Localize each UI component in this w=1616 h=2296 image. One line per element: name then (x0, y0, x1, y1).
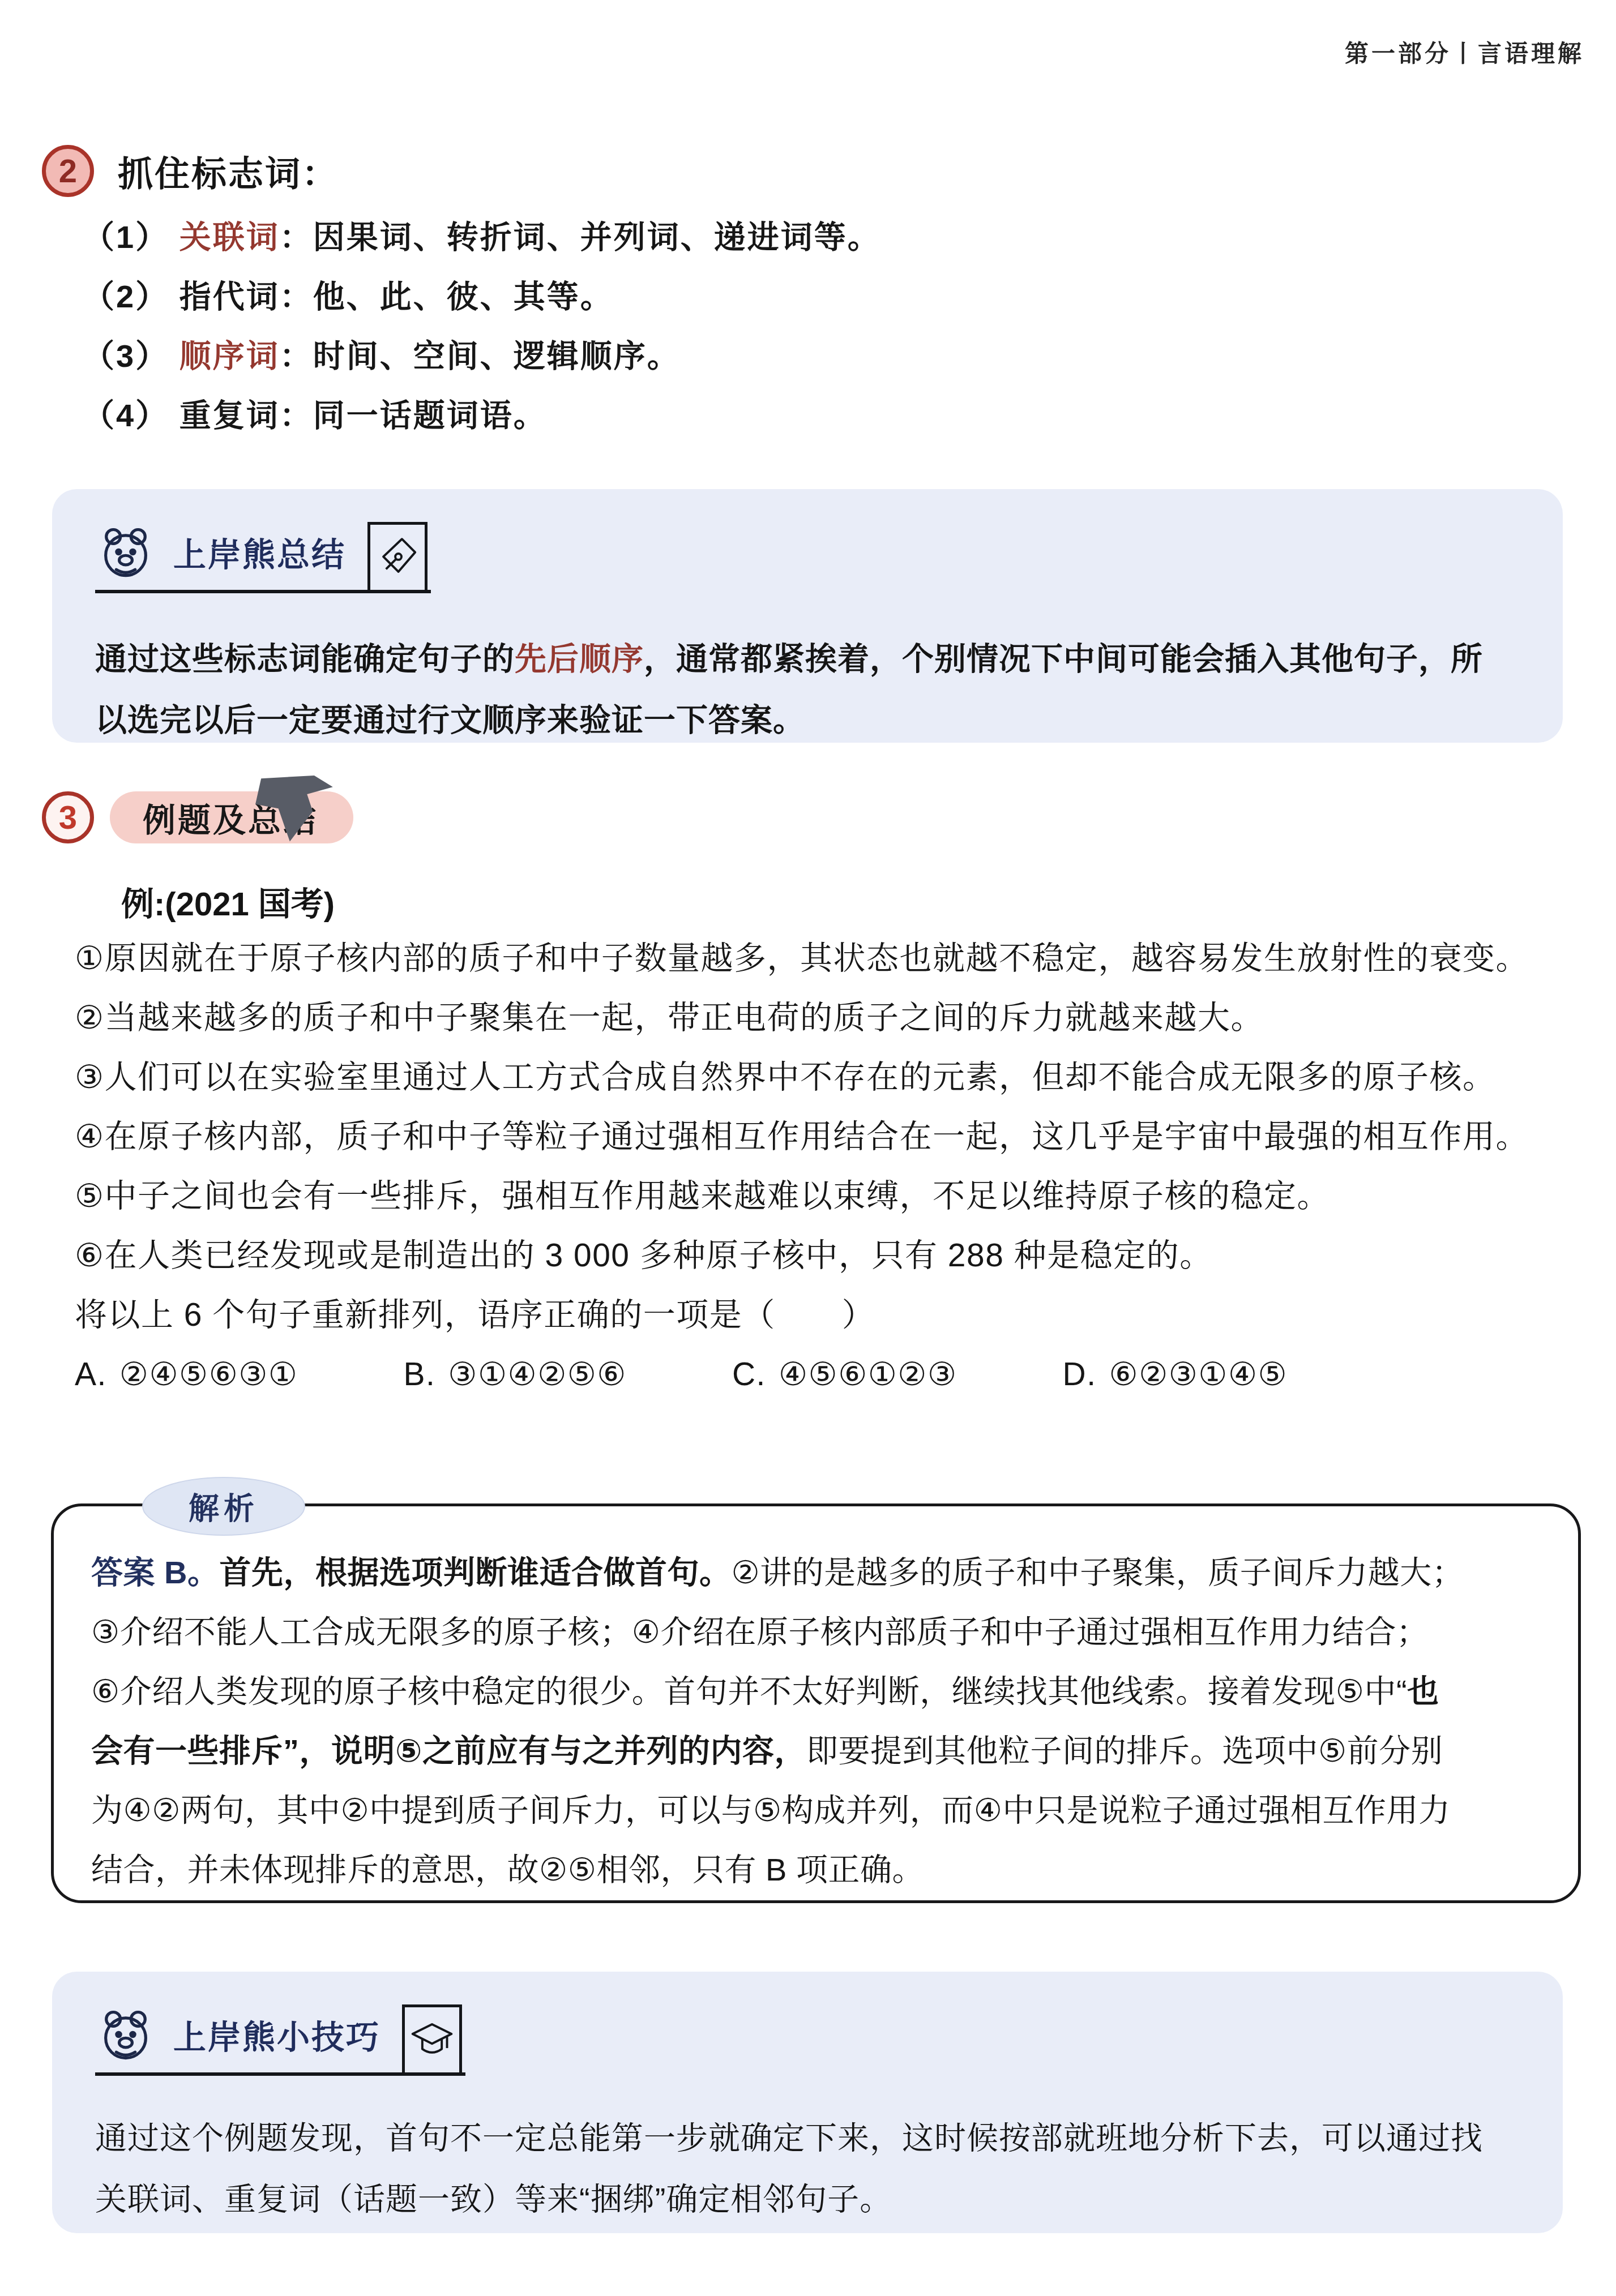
analysis-line-4: 会有一些排斥”，说明⑤之前应有与之并列的内容，即要提到其他粒子间的排斥。选项中⑤… (91, 1721, 1550, 1780)
tip-line-1: 通过这个例题发现，首句不一定总能第一步就确定下来，这时候按部就班地分析下去，可以… (95, 2107, 1529, 2169)
list-item: （4） 重复词：同一话题词语。 (83, 385, 881, 445)
list-item-text: ：同一话题词语。 (280, 397, 547, 433)
list-item-number: （2） (83, 279, 169, 314)
analysis-line-6: 结合，并未体现排斥的意思，故②⑤相邻，只有 B 项正确。 (91, 1840, 1550, 1899)
bear-icon (96, 522, 155, 581)
bear-icon (96, 2005, 155, 2064)
list-item-label: 指代词 (179, 279, 280, 314)
list-item-number: （1） (83, 219, 169, 255)
analysis-box: 解析 答案 B。首先，根据选项判断谁适合做首句。②讲的是越多的质子和中子聚集，质… (51, 1503, 1581, 1903)
analysis-line-2: ③介绍不能人工合成无限多的原子核；④介绍在原子核内部质子和中子通过强相互作用力结… (91, 1602, 1550, 1661)
summary-box-title: 上岸熊总结 (173, 528, 346, 576)
sentence-5: ⑤中子之间也会有一些排斥，强相互作用越来越难以束缚，不足以维持原子核的稳定。 (75, 1167, 1598, 1226)
list-item-text: ：他、此、彼、其等。 (280, 279, 614, 314)
summary-box: 上岸熊总结 通过这些标志词能确定句子的先后顺序，通常都紧挨着，个别情况下中间可能… (52, 489, 1563, 743)
sentence-6: ⑥在人类已经发现或是制造出的 3 000 多种原子核中，只有 288 种是稳定的… (75, 1226, 1598, 1286)
list-item: （1） 关联词：因果词、转折词、并列词、递进词等。 (83, 207, 881, 267)
section-2-title: 抓住标志词： (118, 146, 339, 196)
marker-list: （1） 关联词：因果词、转折词、并列词、递进词等。 （2） 指代词：他、此、彼、… (83, 207, 881, 445)
list-item-number: （4） (83, 397, 169, 433)
example-source: 例:(2021 国考) (121, 877, 335, 925)
pen-nib-icon (367, 522, 427, 593)
tip-box-title: 上岸熊小技巧 (173, 2011, 381, 2058)
options-row: A.②④⑤⑥③① B.③①④②⑤⑥ C.④⑤⑥①②③ D.⑥②③①④⑤ (75, 1345, 1598, 1404)
analysis-line-5: 为④②两句，其中②中提到质子间斥力，可以与⑤构成并列，而④中只是说粒子通过强相互… (91, 1780, 1550, 1840)
section-3-title-bar: 例题及总结 (110, 791, 353, 843)
list-item: （2） 指代词：他、此、彼、其等。 (83, 267, 881, 326)
graduation-cap-icon (402, 2004, 462, 2076)
list-item-label: 重复词 (179, 397, 280, 433)
list-item-label: 关联词 (179, 219, 280, 255)
section-2-heading: 2 抓住标志词： (42, 145, 339, 197)
answer-text: 答案 B。 (91, 1554, 220, 1590)
analysis-label: 解析 (142, 1477, 305, 1536)
sentence-3: ③人们可以在实验室里通过人工方式合成自然界中不存在的元素，但却不能合成无限多的原… (75, 1048, 1598, 1107)
sentence-2: ②当越来越多的质子和中子聚集在一起，带正电荷的质子之间的斥力就越来越大。 (75, 988, 1598, 1048)
summary-box-text: 通过这些标志词能确定句子的先后顺序，通常都紧挨着，个别情况下中间可能会插入其他句… (95, 628, 1529, 751)
question-stem: 将以上 6 个句子重新排列，语序正确的一项是（ ） (75, 1286, 1598, 1345)
summary-line-2: 以选完以后一定要通过行文顺序来验证一下答案。 (95, 689, 1529, 751)
section-3-heading: 3 例题及总结 (42, 791, 353, 843)
tip-box: 上岸熊小技巧 通过这个例题发现，首句不一定总能第一步就确定下来，这时候按部就班地… (52, 1972, 1563, 2233)
summary-line-1: 通过这些标志词能确定句子的先后顺序，通常都紧挨着，个别情况下中间可能会插入其他句… (95, 628, 1529, 689)
summary-box-header: 上岸熊总结 (95, 522, 431, 593)
example-block: ①原因就在于原子核内部的质子和中子数量越多，其状态也就越不稳定，越容易发生放射性… (75, 929, 1598, 1404)
list-item: （3） 顺序词：时间、空间、逻辑顺序。 (83, 326, 881, 385)
highlight-red-text: 先后顺序 (515, 641, 644, 676)
tip-line-2: 关联词、重复词（话题一致）等来“捆绑”确定相邻句子。 (95, 2169, 1529, 2230)
ribbon-arrow-icon (253, 776, 339, 856)
list-item-text: ：因果词、转折词、并列词、递进词等。 (280, 219, 881, 255)
tip-box-text: 通过这个例题发现，首句不一定总能第一步就确定下来，这时候按部就班地分析下去，可以… (95, 2107, 1529, 2230)
page-header-text: 第一部分丨言语理解 (1345, 40, 1584, 67)
sentence-1: ①原因就在于原子核内部的质子和中子数量越多，其状态也就越不稳定，越容易发生放射性… (75, 929, 1598, 988)
list-item-text: ：时间、空间、逻辑顺序。 (280, 338, 681, 374)
option-c: C.④⑤⑥①②③ (732, 1345, 957, 1404)
section-3-number-badge: 3 (42, 791, 94, 843)
option-d: D.⑥②③①④⑤ (1063, 1345, 1288, 1404)
analysis-text: 答案 B。首先，根据选项判断谁适合做首句。②讲的是越多的质子和中子聚集，质子间斥… (54, 1506, 1578, 1899)
option-b: B.③①④②⑤⑥ (403, 1345, 626, 1404)
list-item-label: 顺序词 (179, 338, 280, 374)
list-item-number: （3） (83, 338, 169, 374)
analysis-line-1: 答案 B。首先，根据选项判断谁适合做首句。②讲的是越多的质子和中子聚集，质子间斥… (91, 1543, 1550, 1602)
option-a: A.②④⑤⑥③① (75, 1345, 298, 1404)
analysis-line-3: ⑥介绍人类发现的原子核中稳定的很少。首句并不太好判断，继续找其他线索。接着发现⑤… (91, 1661, 1550, 1721)
tip-box-header: 上岸熊小技巧 (95, 2004, 465, 2076)
sentence-4: ④在原子核内部，质子和中子等粒子通过强相互作用结合在一起，这几乎是宇宙中最强的相… (75, 1107, 1598, 1167)
page-header: 第一部分丨言语理解 (1345, 35, 1584, 69)
section-2-number-badge: 2 (42, 145, 94, 197)
